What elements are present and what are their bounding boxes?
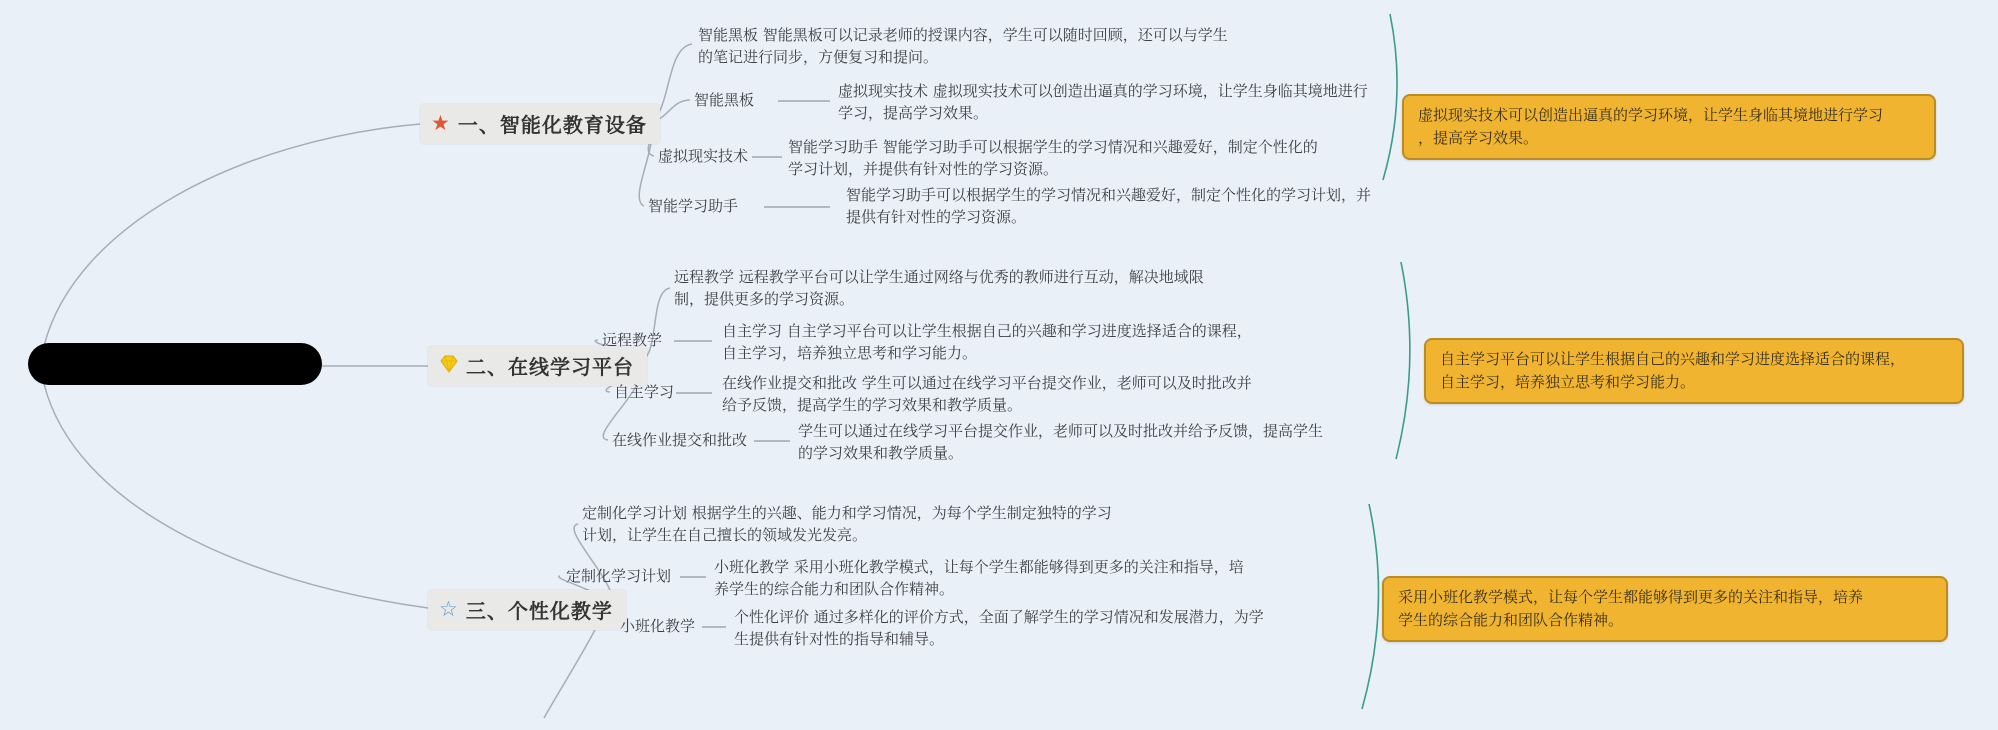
- summary-bracket-3: [1362, 504, 1378, 709]
- dash-line: [754, 440, 790, 442]
- star-filled-icon: ★: [431, 113, 451, 134]
- branch-3-child-1-label[interactable]: 定制化学习计划: [566, 566, 671, 586]
- star-outline-icon: ☆: [439, 599, 459, 620]
- dash-line: [676, 392, 712, 394]
- branch-1-child-1-desc[interactable]: 虚拟现实技术 虚拟现实技术可以创造出逼真的学习环境，让学生身临其境地进行 学习，…: [838, 80, 1368, 124]
- branch-3-title: 三、个性化教学: [466, 595, 613, 624]
- branch-3-child-1-desc[interactable]: 小班化教学 采用小班化教学模式，让每个学生都能够得到更多的关注和指导，培 养学生…: [714, 556, 1244, 600]
- branch-1-child-2-label[interactable]: 虚拟现实技术: [658, 146, 748, 166]
- mindmap-canvas: ★ 一、智能化教育设备 智能黑板 智能黑板可以记录老师的授课内容，学生可以随时回…: [0, 0, 1998, 730]
- summary-bracket-1: [1383, 14, 1397, 180]
- gem-icon: [439, 355, 459, 377]
- branch-1-node[interactable]: ★ 一、智能化教育设备: [420, 104, 660, 144]
- branch-3-intro-text[interactable]: 定制化学习计划 根据学生的兴趣、能力和学习情况，为每个学生制定独特的学习 计划，…: [582, 502, 1112, 546]
- branch-2-title: 二、在线学习平台: [466, 351, 634, 380]
- branch-1-child-3-desc[interactable]: 智能学习助手可以根据学生的学习情况和兴趣爱好，制定个性化的学习计划，并 提供有针…: [846, 184, 1371, 228]
- branch-2-child-3-desc[interactable]: 学生可以通过在线学习平台提交作业，老师可以及时批改并给予反馈，提高学生 的学习效…: [798, 420, 1323, 464]
- branch-1-child-2-desc[interactable]: 智能学习助手 智能学习助手可以根据学生的学习情况和兴趣爱好，制定个性化的 学习计…: [788, 136, 1318, 180]
- edge-root-branch-1: [44, 124, 420, 346]
- dash-line: [752, 156, 782, 158]
- dash-line: [778, 100, 830, 102]
- branch-2-intro-text[interactable]: 远程教学 远程教学平台可以让学生通过网络与优秀的教师进行互动，解决地域限 制，提…: [674, 266, 1204, 310]
- root-topic-node[interactable]: [28, 343, 322, 385]
- dash-line: [674, 340, 712, 342]
- branch-2-child-2-desc[interactable]: 在线作业提交和批改 学生可以通过在线学习平台提交作业，老师可以及时批改并 给予反…: [722, 372, 1252, 416]
- dash-line: [680, 576, 706, 578]
- dash-line: [702, 626, 726, 628]
- branch-1-summary-callout[interactable]: 虚拟现实技术可以创造出逼真的学习环境，让学生身临其境地进行学习 ，提高学习效果。: [1402, 94, 1936, 160]
- branch-3-child-2-label[interactable]: 小班化教学: [620, 616, 695, 636]
- branch-2-child-3-label[interactable]: 在线作业提交和批改: [612, 430, 747, 450]
- branch-3-node[interactable]: ☆ 三、个性化教学: [428, 590, 626, 630]
- branch-2-child-1-desc[interactable]: 自主学习 自主学习平台可以让学生根据自己的兴趣和学习进度选择适合的课程， 自主学…: [722, 320, 1252, 364]
- branch-1-child-1-label[interactable]: 智能黑板: [694, 90, 754, 110]
- branch-3-child-2-desc[interactable]: 个性化评价 通过多样化的评价方式，全面了解学生的学习情况和发展潜力，为学 生提供…: [734, 606, 1264, 650]
- branch-2-summary-callout[interactable]: 自主学习平台可以让学生根据自己的兴趣和学习进度选择适合的课程， 自主学习，培养独…: [1424, 338, 1964, 404]
- branch-2-child-1-label[interactable]: 远程教学: [602, 330, 662, 350]
- summary-bracket-2: [1396, 262, 1410, 459]
- branch-3-summary-callout[interactable]: 采用小班化教学模式，让每个学生都能够得到更多的关注和指导，培养 学生的综合能力和…: [1382, 576, 1948, 642]
- branch-1-title: 一、智能化教育设备: [458, 109, 647, 138]
- edge-root-branch-3: [44, 384, 428, 608]
- branch-2-child-2-label[interactable]: 自主学习: [614, 382, 674, 402]
- branch-2-node[interactable]: 二、在线学习平台: [428, 346, 647, 386]
- branch-1-intro-text[interactable]: 智能黑板 智能黑板可以记录老师的授课内容，学生可以随时回顾，还可以与学生 的笔记…: [698, 24, 1228, 68]
- branch-1-child-3-label[interactable]: 智能学习助手: [648, 196, 738, 216]
- dash-line: [764, 206, 830, 208]
